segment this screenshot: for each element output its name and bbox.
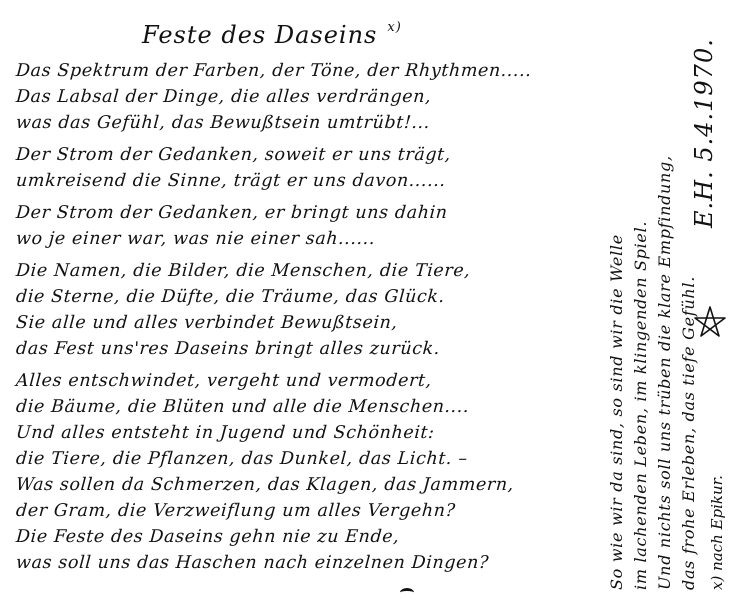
poem-body: Das Spektrum der Farben, der Töne, der R… (16, 58, 596, 576)
stanza: Das Spektrum der Farben, der Töne, der R… (16, 58, 596, 136)
manuscript-page: Feste des Daseinsx) Das Spektrum der Far… (0, 0, 742, 600)
poem-line: der Gram, die Verzweiflung um alles Verg… (15, 498, 597, 524)
poem-line: Sie alle und alles verbindet Bewußtsein, (15, 310, 597, 336)
stanza: Der Strom der Gedanken, er bringt uns da… (16, 200, 596, 252)
stanza: Der Strom der Gedanken, soweit er uns tr… (16, 142, 596, 194)
poem-line: Das Spektrum der Farben, der Töne, der R… (15, 58, 597, 84)
title-footnote-marker: x) (387, 20, 401, 35)
poem-line: das Fest uns'res Daseins bringt alles zu… (15, 336, 597, 362)
poem-line: Die Namen, die Bilder, die Menschen, die… (15, 258, 597, 284)
poem-line: Der Strom der Gedanken, soweit er uns tr… (15, 142, 597, 168)
poem-line: Und alles entsteht in Jugend und Schönhe… (15, 420, 597, 446)
title-text: Feste des Daseins (142, 21, 377, 49)
poem-line: Das Labsal der Dinge, die alles verdräng… (15, 84, 597, 110)
poem-line: was das Gefühl, das Bewußtsein umtrübt!.… (15, 110, 597, 136)
poem-line: Der Strom der Gedanken, er bringt uns da… (15, 200, 597, 226)
poem-line: was soll uns das Haschen nach einzelnen … (15, 550, 597, 576)
poem-line: Die Feste des Daseins gehn nie zu Ende, (15, 524, 597, 550)
margin-verse-line: So wie wir da sind, so sind wir die Well… (605, 155, 629, 590)
footnote: x) nach Epikur. (708, 475, 726, 590)
stanza: Die Namen, die Bilder, die Menschen, die… (16, 258, 596, 362)
poem-line: die Tiere, die Pflanzen, das Dunkel, das… (15, 446, 597, 472)
poem-line: die Bäume, die Blüten und alle die Mensc… (15, 394, 597, 420)
margin-verse: So wie wir da sind, so sind wir die Well… (605, 155, 701, 590)
poem-line: die Sterne, die Düfte, die Träume, das G… (15, 284, 597, 310)
margin-verse-line: im lachenden Leben, im klingenden Spiel. (629, 155, 653, 590)
stanza: Alles entschwindet, vergeht und vermoder… (16, 368, 596, 576)
poem-line: Was sollen da Schmerzen, das Klagen, das… (15, 472, 597, 498)
signature-date: E.H. 5.4.1970. (690, 38, 718, 228)
poem-line: umkreisend die Sinne, trägt er uns davon… (15, 168, 597, 194)
poem-line: Alles entschwindet, vergeht und vermoder… (15, 368, 597, 394)
poem-line: wo je einer war, was nie einer sah...... (15, 226, 597, 252)
ink-mark (400, 588, 414, 597)
pentagram-icon (693, 305, 727, 339)
margin-verse-line: Und nichts soll uns trüben die klare Emp… (653, 155, 677, 590)
poem-title: Feste des Daseinsx) (142, 20, 402, 49)
